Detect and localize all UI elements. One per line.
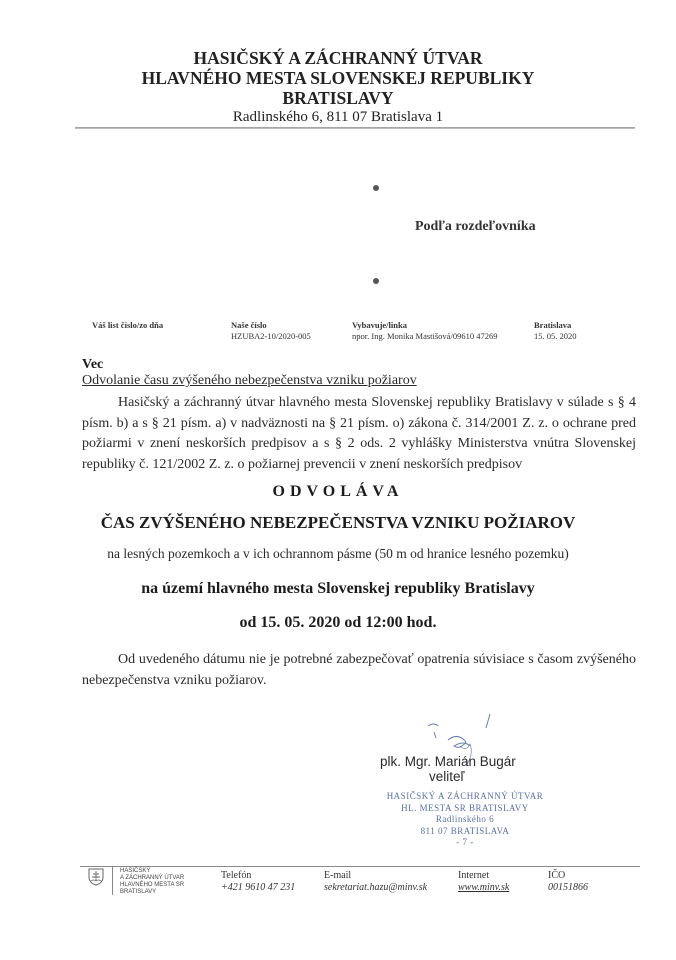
signatory-role: veliteľ xyxy=(429,769,464,784)
territory-text: na území hlavného mesta Slovenskej repub… xyxy=(0,580,676,598)
official-stamp: HASIČSKÝ A ZÁCHRANNÝ ÚTVAR HL. MESTA SR … xyxy=(380,791,550,849)
our-number-value: HZUBA2-10/2020-005 xyxy=(231,331,311,341)
intro-paragraph: Hasičský a záchranný útvar hlavného mest… xyxy=(82,393,636,475)
footer-phone-value: +421 9610 47 231 xyxy=(221,882,295,893)
effective-date: od 15. 05. 2020 od 12:00 hod. xyxy=(0,614,676,632)
signatory-name: plk. Mgr. Marián Bugár xyxy=(380,754,516,769)
handled-by-label: Vybavuje/linka xyxy=(352,320,407,330)
coat-of-arms-icon xyxy=(88,868,104,886)
footer-ico-label: IČO xyxy=(548,870,565,881)
date-value: 15. 05. 2020 xyxy=(534,331,577,341)
scope-text: na lesných pozemkoch a v ich ochrannom p… xyxy=(0,546,676,562)
decision-title: ČAS ZVÝŠENÉHO NEBEZPEČENSTVA VZNIKU POŽI… xyxy=(0,513,676,533)
address-window-marker-bottom xyxy=(373,278,379,284)
letterhead-line-2: HLAVNÉHO MESTA SLOVENSKEJ REPUBLIKY xyxy=(0,68,676,88)
letterhead-line-1: HASIČSKÝ A ZÁCHRANNÝ ÚTVAR xyxy=(0,48,676,68)
stamp-line-5: - 7 - xyxy=(380,837,550,849)
your-letter-label: Váš list číslo/zo dňa xyxy=(92,320,163,330)
subject-label: Vec xyxy=(82,357,103,373)
subject-text: Odvolanie času zvýšeného nebezpečenstva … xyxy=(82,373,417,389)
place-label: Bratislava xyxy=(534,320,571,330)
footer-internet-label: Internet xyxy=(458,870,489,881)
footer-email-value[interactable]: sekretariat.hazu@minv.sk xyxy=(324,882,427,893)
stamp-line-2: HL. MESTA SR BRATISLAVY xyxy=(380,803,550,815)
footer-emblem-separator xyxy=(112,867,113,895)
footer-phone-label: Telefón xyxy=(221,870,251,881)
footer-org-name: HASIČSKÝ A ZÁCHRANNÝ ÚTVAR HLAVNÉHO MEST… xyxy=(120,868,184,896)
closing-paragraph: Od uvedeného dátumu nie je potrebné zabe… xyxy=(82,650,636,691)
letterhead-address: Radlinského 6, 811 07 Bratislava 1 xyxy=(0,109,676,126)
letterhead-divider xyxy=(75,127,635,129)
stamp-line-3: Radlinského 6 xyxy=(380,814,550,826)
footer-ico-value: 00151866 xyxy=(548,882,588,893)
our-number-label: Naše číslo xyxy=(231,320,267,330)
revokes-heading: ODVOLÁVA xyxy=(0,483,676,501)
footer-website-link[interactable]: www.minv.sk xyxy=(458,882,509,893)
stamp-line-1: HASIČSKÝ A ZÁCHRANNÝ ÚTVAR xyxy=(380,791,550,803)
letterhead-line-3: BRATISLAVY xyxy=(0,88,676,108)
footer-email-label: E-mail xyxy=(324,870,351,881)
stamp-line-4: 811 07 BRATISLAVA xyxy=(380,826,550,838)
footer-divider xyxy=(80,866,640,867)
handled-by-value: npor. Ing. Monika Mastišová/09610 47269 xyxy=(352,331,497,341)
recipient: Podľa rozdeľovníka xyxy=(415,219,536,235)
address-window-marker-top xyxy=(373,185,379,191)
